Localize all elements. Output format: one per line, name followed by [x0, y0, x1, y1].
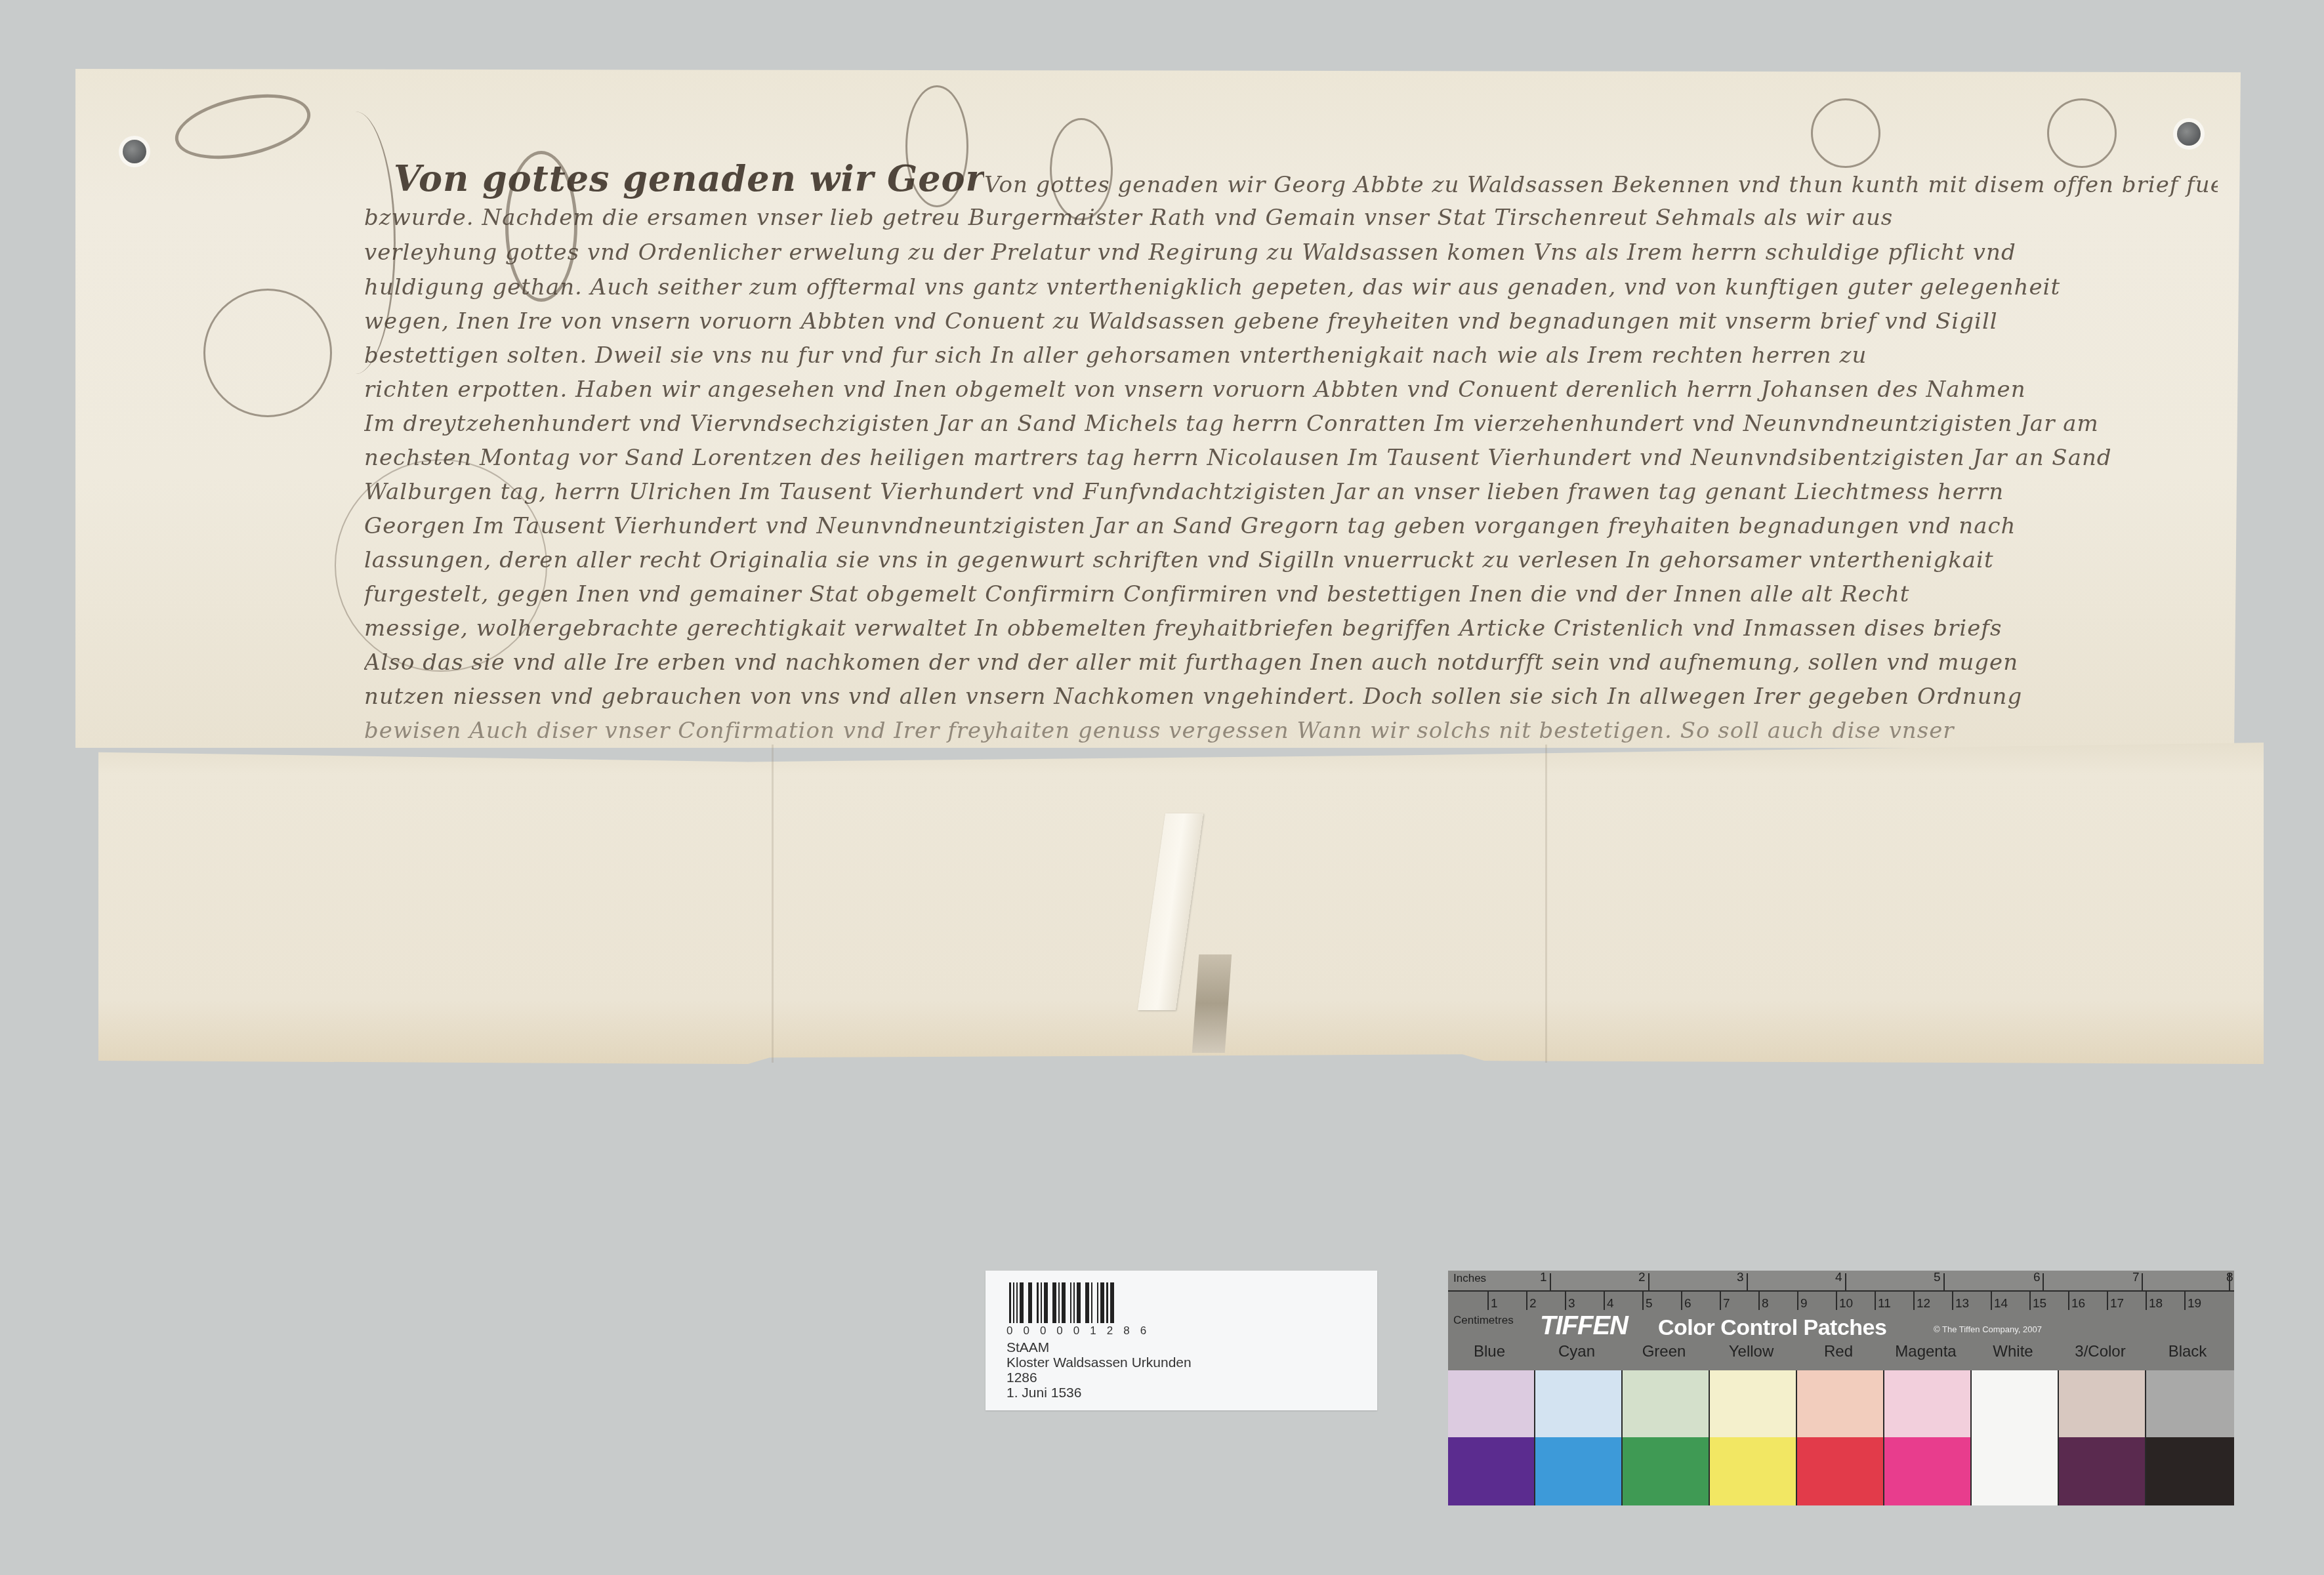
patch-red-dark: [1797, 1437, 1884, 1505]
punch-hole-right: [2177, 122, 2201, 146]
charter-line: nechsten Montag vor Sand Lorentzen des h…: [364, 445, 2218, 471]
vertical-fold-crease: [772, 745, 774, 1063]
cm-number: 11: [1878, 1297, 1891, 1311]
charter-line: nutzen niessen vnd gebrauchen von vns vn…: [364, 684, 2218, 710]
cm-number: 2: [1529, 1297, 1537, 1311]
charter-opening-line: Von gottes genaden wir Georg Abbte zu Wa…: [394, 157, 984, 199]
catalog-label: 000001286 StAAM Kloster Waldsassen Urkun…: [986, 1271, 1377, 1410]
patch-green-dark: [1623, 1437, 1710, 1505]
charter-line: verleyhung gottes vnd Ordenlicher erwelu…: [364, 239, 2218, 266]
patch-label-black: Black: [2145, 1343, 2230, 1361]
charter-line: huldigung gethan. Auch seither zum offte…: [364, 274, 2218, 300]
charter-line: Im dreytzehenhundert vnd Viervndsechzigi…: [364, 411, 2218, 437]
patch-magenta-light: [1884, 1370, 1972, 1437]
cm-number: 17: [2110, 1297, 2124, 1311]
ascender-flourish-4: [2047, 98, 2117, 168]
patch-label-white: White: [1970, 1343, 2056, 1361]
charter-line: Walburgen tag, herrn Ulrichen Im Tausent…: [364, 479, 2218, 505]
charter-line: wegen, Inen Ire von vnsern voruorn Abbte…: [364, 308, 2218, 335]
item-number: 1286: [1006, 1370, 1037, 1385]
patch-white: [1972, 1370, 2059, 1505]
cm-number: 3: [1568, 1297, 1575, 1311]
patch-blue-light: [1448, 1370, 1535, 1437]
patch-label-green: Green: [1621, 1343, 1707, 1361]
cm-number: 12: [1917, 1297, 1930, 1311]
cm-number: 8: [1762, 1297, 1769, 1311]
cm-number: 1: [1491, 1297, 1498, 1311]
document-date: 1. Juni 1536: [1006, 1385, 1081, 1401]
cm-number: 13: [1955, 1297, 1969, 1311]
tiffen-logo: TIFFEN: [1540, 1311, 1628, 1341]
charter-line: bzwurde. Nachdem die ersamen vnser lieb …: [364, 205, 2218, 231]
cm-number: 10: [1839, 1297, 1853, 1311]
patch-black-light: [2146, 1370, 2234, 1437]
patch-green-light: [1623, 1370, 1710, 1437]
patch-magenta-dark: [1884, 1437, 1972, 1505]
inch-ruler: Inches 1 2 3 4 5 6 7 8: [1448, 1271, 2234, 1292]
charter-line: Georgen Im Tausent Vierhundert vnd Neunv…: [364, 513, 2218, 539]
cm-number: 15: [2033, 1297, 2046, 1311]
punch-hole-left: [123, 140, 146, 163]
charter-line: furgestelt, gegen Inen vnd gemainer Stat…: [364, 581, 2218, 607]
patch-cyan-light: [1535, 1370, 1623, 1437]
cm-number: 18: [2149, 1297, 2163, 1311]
patch-yellow-dark: [1710, 1437, 1797, 1505]
patch-yellow-light: [1710, 1370, 1797, 1437]
charter-line: messige, wolhergebrachte gerechtigkait v…: [364, 615, 2218, 642]
centimetres-label: Centimetres: [1453, 1314, 1514, 1327]
inch-number: 1: [1540, 1271, 1547, 1285]
vertical-fold-crease: [1545, 745, 1547, 1063]
inch-number: 2: [1638, 1271, 1646, 1285]
patch-label-magenta: Magenta: [1883, 1343, 1968, 1361]
patch-3color-dark: [2059, 1437, 2146, 1505]
patch-red-light: [1797, 1370, 1884, 1437]
cm-number: 16: [2071, 1297, 2085, 1311]
inches-label: Inches: [1453, 1272, 1486, 1285]
chart-title: Color Control Patches: [1658, 1315, 1886, 1341]
cm-number: 6: [1684, 1297, 1691, 1311]
archive-name: StAAM: [1006, 1340, 1049, 1355]
chart-copyright: © The Tiffen Company, 2007: [1934, 1324, 2042, 1334]
cm-number: 7: [1723, 1297, 1730, 1311]
patch-label-yellow: Yellow: [1709, 1343, 1794, 1361]
patch-blue-dark: [1448, 1437, 1535, 1505]
inch-number: 4: [1835, 1271, 1842, 1285]
inch-number: 3: [1737, 1271, 1744, 1285]
patch-label-blue: Blue: [1447, 1343, 1532, 1361]
cm-number: 19: [2188, 1297, 2201, 1311]
patch-cyan-dark: [1535, 1437, 1623, 1505]
initial-v-loop: [203, 289, 332, 417]
charter-line: richten erpotten. Haben wir angesehen vn…: [364, 377, 2218, 403]
cm-number: 14: [1994, 1297, 2008, 1311]
charter-line: bewisen Auch diser vnser Confirmation vn…: [364, 718, 2218, 744]
cm-number: 5: [1646, 1297, 1653, 1311]
barcode-number: 000001286: [1006, 1324, 1157, 1338]
ascender-flourish-3: [1811, 98, 1880, 168]
patch-label-3color: 3/Color: [2058, 1343, 2143, 1361]
collection-name: Kloster Waldsassen Urkunden: [1006, 1355, 1192, 1370]
inch-number: 7: [2132, 1271, 2140, 1285]
charter-line: Von gottes genaden wir Georg Abbte zu Wa…: [984, 172, 2218, 198]
cm-number: 9: [1800, 1297, 1808, 1311]
patch-3color-light: [2059, 1370, 2146, 1437]
inch-number: 6: [2033, 1271, 2041, 1285]
inch-number: 5: [1934, 1271, 1941, 1285]
tiffen-color-chart: Inches 1 2 3 4 5 6 7 8 1 2 3 4 5 6 7 8 9…: [1448, 1271, 2234, 1505]
barcode: [1009, 1282, 1114, 1323]
patch-black-dark: [2146, 1437, 2234, 1505]
seal-strap-end: [1192, 954, 1232, 1053]
charter-line: lassungen, deren aller recht Originalia …: [364, 547, 2218, 573]
charter-line: bestettigen solten. Dweil sie vns nu fur…: [364, 342, 2218, 369]
charter-line: Also das sie vnd alle Ire erben vnd nach…: [364, 649, 2218, 676]
cm-number: 4: [1607, 1297, 1614, 1311]
patch-label-red: Red: [1796, 1343, 1881, 1361]
patch-label-cyan: Cyan: [1534, 1343, 1619, 1361]
